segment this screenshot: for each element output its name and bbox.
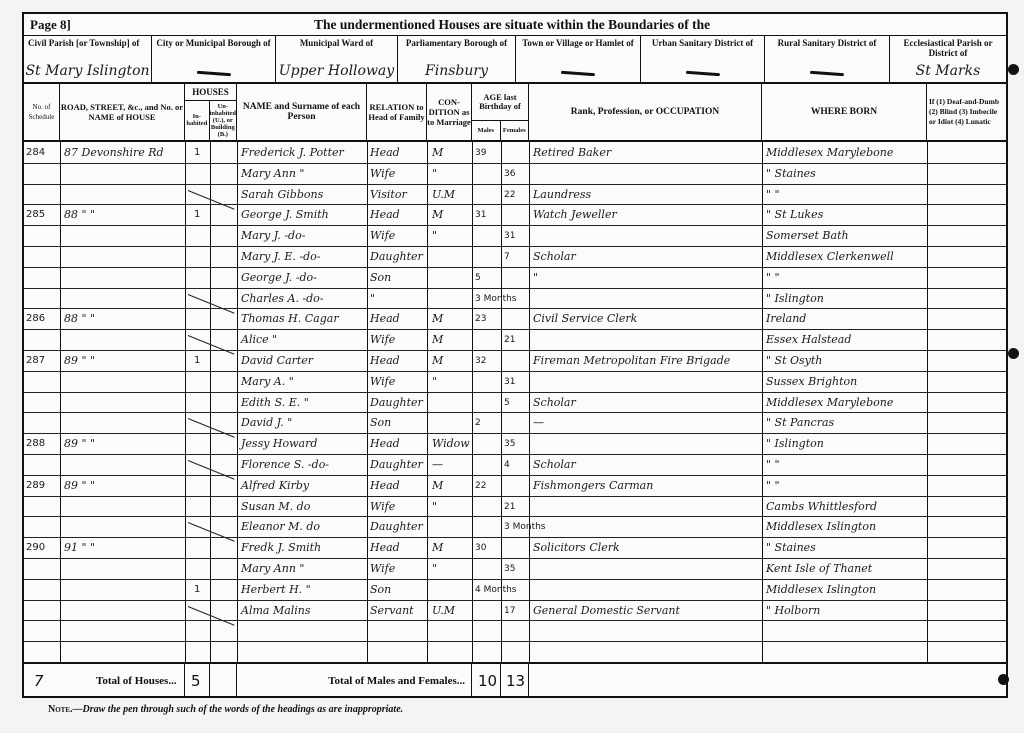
- cell-relation: Daughter: [370, 519, 423, 535]
- cell-condition: —: [432, 457, 443, 473]
- totals-houses-label-cell: 7 Total of Houses...: [24, 664, 185, 698]
- cell-condition: ": [432, 228, 437, 244]
- totals-schedules: 7: [34, 672, 44, 690]
- row-rule: [24, 267, 1006, 268]
- cell-condition: M: [432, 311, 443, 327]
- cell-occupation: Scholar: [533, 395, 576, 411]
- cell-schedule: 287: [26, 353, 45, 369]
- cell-born: Middlesex Clerkenwell: [766, 249, 894, 265]
- totals-persons-label: Total of Males and Females...: [328, 675, 465, 687]
- cell-male-age: 22: [475, 478, 486, 494]
- blank-dash: [196, 71, 230, 76]
- cell-born: Middlesex Marylebone: [766, 145, 893, 161]
- row-rule: [24, 433, 1006, 434]
- col-road: ROAD, STREET, &c., and No. or NAME of HO…: [60, 84, 185, 140]
- column-rule: [927, 142, 928, 662]
- cell-female-age: 7: [504, 249, 510, 265]
- cell-name: Fredk J. Smith: [241, 540, 321, 556]
- parliamentary-borough-value: Finsbury: [398, 63, 515, 79]
- cell-male-age: 3 Months: [475, 291, 516, 307]
- cell-relation: Head: [370, 353, 400, 369]
- col-males: Males: [472, 120, 501, 140]
- cell-name: Edith S. E. ": [241, 395, 309, 411]
- cell-relation: Son: [370, 582, 391, 598]
- urban-sanitary-value: [641, 63, 764, 79]
- cell-born: " Holborn: [766, 603, 820, 619]
- cell-condition: ": [432, 374, 437, 390]
- municipal-borough-cell: City or Municipal Borough of: [152, 36, 276, 82]
- page-title: The undermentioned Houses are situate wi…: [314, 17, 710, 33]
- row-rule: [24, 412, 1006, 413]
- civil-parish-cell: Civil Parish [or Township] of St Mary Is…: [24, 36, 152, 82]
- cell-occupation: Laundress: [533, 187, 591, 203]
- cell-road: 91 " ": [64, 540, 95, 556]
- row-rule: [24, 225, 1006, 226]
- cell-born: " ": [766, 270, 780, 286]
- cell-condition: M: [432, 145, 443, 161]
- column-rule: [762, 142, 763, 662]
- row-rule: [24, 558, 1006, 559]
- row-rule: [24, 184, 1006, 185]
- household-separator-stroke: [188, 460, 235, 480]
- column-rule: [60, 142, 61, 662]
- cell-relation: Wife: [370, 166, 395, 182]
- cell-road: 87 Devonshire Rd: [64, 145, 164, 161]
- cell-female-age: 17: [504, 603, 515, 619]
- cell-relation: Wife: [370, 561, 395, 577]
- cell-born: " ": [766, 187, 780, 203]
- municipal-ward-label: Municipal Ward of: [276, 36, 397, 48]
- row-rule: [24, 392, 1006, 393]
- administrative-areas: Civil Parish [or Township] of St Mary Is…: [24, 36, 1006, 84]
- municipal-borough-value: [152, 63, 275, 79]
- cell-schedule: 285: [26, 207, 45, 223]
- cell-born: " Islington: [766, 291, 824, 307]
- cell-occupation: Retired Baker: [533, 145, 611, 161]
- cell-born: Middlesex Islington: [766, 519, 876, 535]
- cell-relation: Wife: [370, 228, 395, 244]
- cell-relation: ": [370, 291, 375, 307]
- punch-hole: [1008, 64, 1019, 75]
- cell-condition: M: [432, 540, 443, 556]
- row-rule: [24, 600, 1006, 601]
- town-village-value: [516, 63, 640, 79]
- cell-born: Essex Halstead: [766, 332, 851, 348]
- cell-inhabited: 1: [194, 207, 200, 223]
- cell-name: Mary Ann ": [241, 561, 304, 577]
- col-name: NAME and Surname of each Person: [237, 84, 367, 140]
- cell-schedule: 284: [26, 145, 45, 161]
- cell-condition: U.M: [432, 603, 455, 619]
- cell-relation: Son: [370, 415, 391, 431]
- cell-born: " St Pancras: [766, 415, 834, 431]
- totals-females-cell: 13: [501, 664, 529, 698]
- rural-sanitary-cell: Rural Sanitary District of: [765, 36, 890, 82]
- cell-relation: Son: [370, 270, 391, 286]
- cell-occupation: Watch Jeweller: [533, 207, 617, 223]
- cell-name: Susan M. do: [241, 499, 310, 515]
- cell-female-age: 35: [504, 436, 515, 452]
- cell-born: Middlesex Islington: [766, 582, 876, 598]
- age-heading: AGE last Birthday of: [472, 84, 528, 121]
- cell-born: " ": [766, 457, 780, 473]
- cell-female-age: 21: [504, 332, 515, 348]
- cell-name: George J. Smith: [241, 207, 329, 223]
- col-age: AGE last Birthday of Males Females: [472, 84, 529, 140]
- cell-name: Florence S. -do-: [241, 457, 329, 473]
- municipal-ward-cell: Municipal Ward of Upper Holloway: [276, 36, 398, 82]
- totals-persons-label-cell: Total of Males and Females...: [237, 664, 472, 698]
- cell-male-age: 32: [475, 353, 486, 369]
- row-rule: [24, 516, 1006, 517]
- cell-schedule: 288: [26, 436, 45, 452]
- age-subheadings: Males Females: [472, 120, 528, 140]
- cell-female-age: 35: [504, 561, 515, 577]
- row-rule: [24, 163, 1006, 164]
- cell-female-age: 36: [504, 166, 515, 182]
- col-occupation: Rank, Profession, or OCCUPATION: [529, 84, 762, 140]
- cell-condition: M: [432, 332, 443, 348]
- household-separator-stroke: [188, 335, 235, 355]
- cell-condition: ": [432, 499, 437, 515]
- cell-relation: Visitor: [370, 187, 407, 203]
- cell-male-age: 39: [475, 145, 486, 161]
- cell-name: George J. -do-: [241, 270, 317, 286]
- punch-hole: [1008, 348, 1019, 359]
- row-rule: [24, 475, 1006, 476]
- cell-inhabited: 1: [194, 582, 200, 598]
- cell-condition: Widow: [432, 436, 470, 452]
- col-houses: HOUSES In-habited Un-inhabited (U.), or …: [185, 84, 237, 140]
- cell-schedule: 290: [26, 540, 45, 556]
- municipal-borough-label: City or Municipal Borough of: [152, 36, 275, 48]
- col-where-born: WHERE BORN: [762, 84, 927, 140]
- cell-occupation: Solicitors Clerk: [533, 540, 620, 556]
- column-rule: [529, 142, 530, 662]
- cell-relation: Servant: [370, 603, 414, 619]
- cell-born: Ireland: [766, 311, 806, 327]
- cell-born: " Islington: [766, 436, 824, 452]
- urban-sanitary-cell: Urban Sanitary District of: [641, 36, 765, 82]
- col-infirmity: If (1) Deaf-and-Dumb (2) Blind (3) Imbec…: [927, 84, 1006, 140]
- row-rule: [24, 288, 1006, 289]
- cell-name: Mary J. -do-: [241, 228, 305, 244]
- cell-name: Alma Malins: [241, 603, 311, 619]
- rural-sanitary-value: [765, 63, 889, 79]
- cell-born: " ": [766, 478, 780, 494]
- row-rule: [24, 308, 1006, 309]
- blank-dash: [561, 71, 595, 76]
- cell-male-age: 31: [475, 207, 486, 223]
- cell-relation: Daughter: [370, 249, 423, 265]
- totals-houses-label: Total of Houses...: [96, 675, 177, 687]
- household-separator-stroke: [188, 418, 235, 438]
- cell-name: Mary A. ": [241, 374, 294, 390]
- parliamentary-borough-label: Parliamentary Borough of: [398, 36, 515, 48]
- cell-relation: Daughter: [370, 457, 423, 473]
- cell-name: Charles A. -do-: [241, 291, 324, 307]
- cell-relation: Head: [370, 145, 400, 161]
- cell-relation: Head: [370, 540, 400, 556]
- cell-name: Mary J. E. -do-: [241, 249, 320, 265]
- cell-born: Sussex Brighton: [766, 374, 857, 390]
- totals-males-cell: 10: [472, 664, 501, 698]
- municipal-ward-value: Upper Holloway: [276, 63, 397, 79]
- houses-subheadings: In-habited Un-inhabited (U.), or Buildin…: [185, 100, 236, 140]
- cell-occupation: —: [533, 415, 544, 431]
- cell-born: " St Osyth: [766, 353, 822, 369]
- cell-male-age: 23: [475, 311, 486, 327]
- row-rule: [24, 579, 1006, 580]
- column-rule: [472, 142, 473, 662]
- footnote: Note.—Draw the pen through such of the w…: [48, 704, 403, 715]
- cell-name: Eleanor M. do: [241, 519, 320, 535]
- row-rule: [24, 204, 1006, 205]
- row-rule: [24, 329, 1006, 330]
- cell-born: Kent Isle of Thanet: [766, 561, 872, 577]
- cell-condition: ": [432, 166, 437, 182]
- totals-males: 10: [478, 672, 497, 690]
- footnote-text: —Draw the pen through such of the words …: [73, 704, 404, 715]
- cell-female-age: 31: [504, 374, 515, 390]
- totals-inhabited-cell: 5: [185, 664, 210, 698]
- blank-dash: [685, 71, 719, 76]
- cell-occupation: ": [533, 270, 538, 286]
- cell-name: Frederick J. Potter: [241, 145, 344, 161]
- cell-road: 89 " ": [64, 478, 95, 494]
- ecclesiastical-district-cell: Ecclesiastical Parish or District of St …: [890, 36, 1006, 82]
- cell-occupation: Scholar: [533, 457, 576, 473]
- cell-male-age: 2: [475, 415, 481, 431]
- cell-inhabited: 1: [194, 353, 200, 369]
- row-rule: [24, 641, 1006, 642]
- totals-uninhabited-cell: [210, 664, 237, 698]
- cell-condition: M: [432, 207, 443, 223]
- col-uninhabited: Un-inhabited (U.), or Building (B.): [210, 100, 236, 140]
- totals-houses-value: 5: [191, 672, 201, 690]
- cell-male-age: 4 Months: [475, 582, 516, 598]
- column-headers: No. of Schedule ROAD, STREET, &c., and N…: [24, 84, 1006, 142]
- cell-female-age: 5: [504, 395, 510, 411]
- column-rule: [210, 142, 211, 662]
- cell-name: David Carter: [241, 353, 313, 369]
- cell-condition: U.M: [432, 187, 455, 203]
- civil-parish-label: Civil Parish [or Township] of: [24, 36, 151, 48]
- cell-name: Jessy Howard: [241, 436, 317, 452]
- cell-relation: Wife: [370, 332, 395, 348]
- col-condition: CON-DITION as to Marriage: [427, 84, 472, 140]
- cell-occupation: Scholar: [533, 249, 576, 265]
- row-rule: [24, 371, 1006, 372]
- cell-relation: Daughter: [370, 395, 423, 411]
- cell-condition: M: [432, 353, 443, 369]
- cell-name: Alice ": [241, 332, 277, 348]
- cell-relation: Head: [370, 311, 400, 327]
- cell-female-age: 3 Months: [504, 519, 545, 535]
- ecclesiastical-district-label: Ecclesiastical Parish or District of: [890, 36, 1006, 58]
- cell-condition: M: [432, 478, 443, 494]
- totals-row: 7 Total of Houses... 5 Total of Males an…: [24, 662, 1006, 698]
- row-rule: [24, 620, 1006, 621]
- cell-born: " Staines: [766, 540, 816, 556]
- census-sheet: Page 8] The undermentioned Houses are si…: [22, 12, 1008, 698]
- cell-born: Middlesex Marylebone: [766, 395, 893, 411]
- cell-occupation: Fishmongers Carman: [533, 478, 653, 494]
- col-inhabited: In-habited: [185, 100, 210, 140]
- cell-female-age: 4: [504, 457, 510, 473]
- cell-schedule: 286: [26, 311, 45, 327]
- rural-sanitary-label: Rural Sanitary District of: [765, 36, 889, 48]
- cell-road: 89 " ": [64, 436, 95, 452]
- cell-name: Thomas H. Cagar: [241, 311, 339, 327]
- cell-male-age: 5: [475, 270, 481, 286]
- household-separator-stroke: [188, 522, 235, 542]
- town-village-cell: Town or Village or Hamlet of: [516, 36, 641, 82]
- footnote-lead: Note.: [48, 704, 73, 715]
- row-rule: [24, 537, 1006, 538]
- cell-inhabited: 1: [194, 145, 200, 161]
- household-table: 28487 Devonshire Rd1Frederick J. PotterH…: [24, 142, 1006, 662]
- page-label: Page 8]: [30, 17, 71, 33]
- houses-heading: HOUSES: [185, 84, 236, 101]
- household-separator-stroke: [188, 606, 235, 626]
- cell-name: Herbert H. ": [241, 582, 311, 598]
- household-separator-stroke: [188, 190, 235, 210]
- column-rule: [367, 142, 368, 662]
- cell-female-age: 22: [504, 187, 515, 203]
- punch-hole: [998, 674, 1009, 685]
- cell-born: " Staines: [766, 166, 816, 182]
- cell-occupation: Civil Service Clerk: [533, 311, 637, 327]
- col-females: Females: [501, 120, 529, 140]
- col-relation: RELATION to Head of Family: [367, 84, 427, 140]
- column-rule: [427, 142, 428, 662]
- cell-relation: Head: [370, 207, 400, 223]
- cell-female-age: 21: [504, 499, 515, 515]
- cell-female-age: 31: [504, 228, 515, 244]
- household-separator-stroke: [188, 294, 235, 314]
- cell-name: Alfred Kirby: [241, 478, 309, 494]
- cell-relation: Head: [370, 478, 400, 494]
- cell-born: Somerset Bath: [766, 228, 849, 244]
- column-rule: [185, 142, 186, 662]
- row-rule: [24, 454, 1006, 455]
- cell-occupation: General Domestic Servant: [533, 603, 680, 619]
- cell-born: Cambs Whittlesford: [766, 499, 877, 515]
- cell-road: 88 " ": [64, 311, 95, 327]
- cell-male-age: 30: [475, 540, 486, 556]
- urban-sanitary-label: Urban Sanitary District of: [641, 36, 764, 48]
- col-schedule: No. of Schedule: [24, 84, 60, 140]
- cell-born: " St Lukes: [766, 207, 823, 223]
- cell-relation: Wife: [370, 499, 395, 515]
- row-rule: [24, 246, 1006, 247]
- row-rule: [24, 350, 1006, 351]
- ecclesiastical-district-value: St Marks: [890, 63, 1006, 79]
- cell-relation: Wife: [370, 374, 395, 390]
- cell-condition: ": [432, 561, 437, 577]
- cell-occupation: Fireman Metropolitan Fire Brigade: [533, 353, 730, 369]
- parliamentary-borough-cell: Parliamentary Borough of Finsbury: [398, 36, 516, 82]
- row-rule: [24, 496, 1006, 497]
- cell-name: David J. ": [241, 415, 292, 431]
- cell-road: 88 " ": [64, 207, 95, 223]
- town-village-label: Town or Village or Hamlet of: [516, 36, 640, 48]
- cell-name: Sarah Gibbons: [241, 187, 323, 203]
- title-row: Page 8] The undermentioned Houses are si…: [24, 14, 1006, 36]
- blank-dash: [810, 71, 844, 76]
- civil-parish-value: St Mary Islington: [24, 63, 151, 79]
- column-rule: [237, 142, 238, 662]
- cell-road: 89 " ": [64, 353, 95, 369]
- cell-relation: Head: [370, 436, 400, 452]
- cell-name: Mary Ann ": [241, 166, 304, 182]
- totals-females: 13: [506, 672, 525, 690]
- cell-schedule: 289: [26, 478, 45, 494]
